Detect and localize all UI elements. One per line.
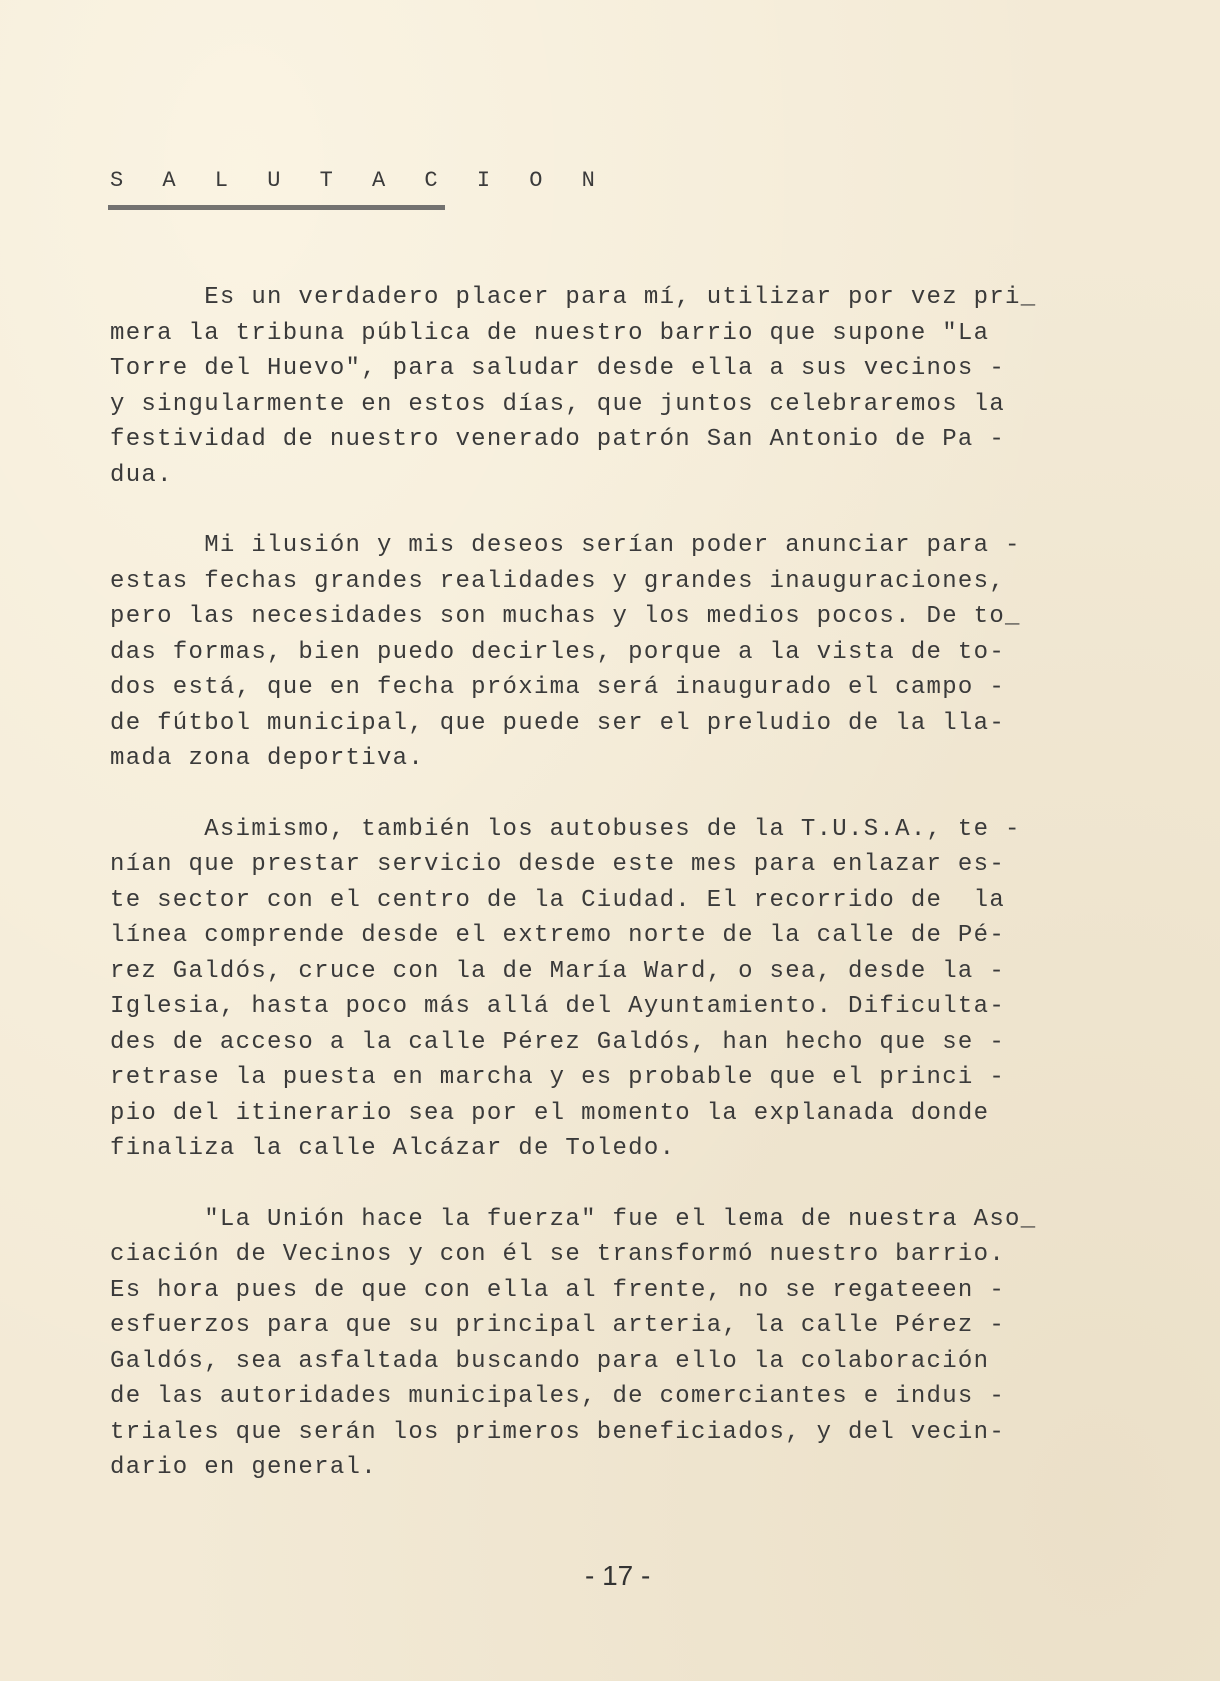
title-underline	[108, 205, 445, 210]
text-line: de las autoridades municipales, de comer…	[110, 1379, 1120, 1415]
text-line: retrase la puesta en marcha y es probabl…	[110, 1060, 1120, 1096]
text-line: Mi ilusión y mis deseos serían poder anu…	[110, 528, 1120, 564]
text-line: dos está, que en fecha próxima será inau…	[110, 670, 1120, 706]
page-number: - 17 -	[585, 1560, 650, 1592]
text-line: Asimismo, también los autobuses de la T.…	[110, 812, 1120, 848]
text-line: Es un verdadero placer para mí, utilizar…	[110, 280, 1120, 316]
text-line: estas fechas grandes realidades y grande…	[110, 564, 1120, 600]
page-title: S A L U T A C I O N	[110, 168, 608, 193]
text-line: das formas, bien puedo decirles, porque …	[110, 635, 1120, 671]
text-line: de fútbol municipal, que puede ser el pr…	[110, 706, 1120, 742]
text-line: esfuerzos para que su principal arteria,…	[110, 1308, 1120, 1344]
text-line: pio del itinerario sea por el momento la…	[110, 1096, 1120, 1132]
text-line: dua.	[110, 458, 1120, 494]
text-line: línea comprende desde el extremo norte d…	[110, 918, 1120, 954]
paragraph-3: Asimismo, también los autobuses de la T.…	[110, 812, 1120, 1167]
text-line: festividad de nuestro venerado patrón Sa…	[110, 422, 1120, 458]
text-line: dario en general.	[110, 1450, 1120, 1486]
text-line: ciación de Vecinos y con él se transform…	[110, 1237, 1120, 1273]
paragraph-4: "La Unión hace la fuerza" fue el lema de…	[110, 1202, 1120, 1486]
text-line: "La Unión hace la fuerza" fue el lema de…	[110, 1202, 1120, 1238]
text-line: nían que prestar servicio desde este mes…	[110, 847, 1120, 883]
text-line: finaliza la calle Alcázar de Toledo.	[110, 1131, 1120, 1167]
text-line: te sector con el centro de la Ciudad. El…	[110, 883, 1120, 919]
body-text: Es un verdadero placer para mí, utilizar…	[110, 280, 1120, 1521]
text-line: des de acceso a la calle Pérez Galdós, h…	[110, 1025, 1120, 1061]
text-line: rez Galdós, cruce con la de María Ward, …	[110, 954, 1120, 990]
text-line: Galdós, sea asfaltada buscando para ello…	[110, 1344, 1120, 1380]
paragraph-2: Mi ilusión y mis deseos serían poder anu…	[110, 528, 1120, 777]
text-line: triales que serán los primeros beneficia…	[110, 1415, 1120, 1451]
document-page: S A L U T A C I O N Es un verdadero plac…	[0, 0, 1220, 1681]
text-line: Es hora pues de que con ella al frente, …	[110, 1273, 1120, 1309]
text-line: y singularmente en estos días, que junto…	[110, 387, 1120, 423]
text-line: Iglesia, hasta poco más allá del Ayuntam…	[110, 989, 1120, 1025]
text-line: mera la tribuna pública de nuestro barri…	[110, 316, 1120, 352]
text-line: pero las necesidades son muchas y los me…	[110, 599, 1120, 635]
text-line: Torre del Huevo", para saludar desde ell…	[110, 351, 1120, 387]
paragraph-1: Es un verdadero placer para mí, utilizar…	[110, 280, 1120, 493]
text-line: mada zona deportiva.	[110, 741, 1120, 777]
